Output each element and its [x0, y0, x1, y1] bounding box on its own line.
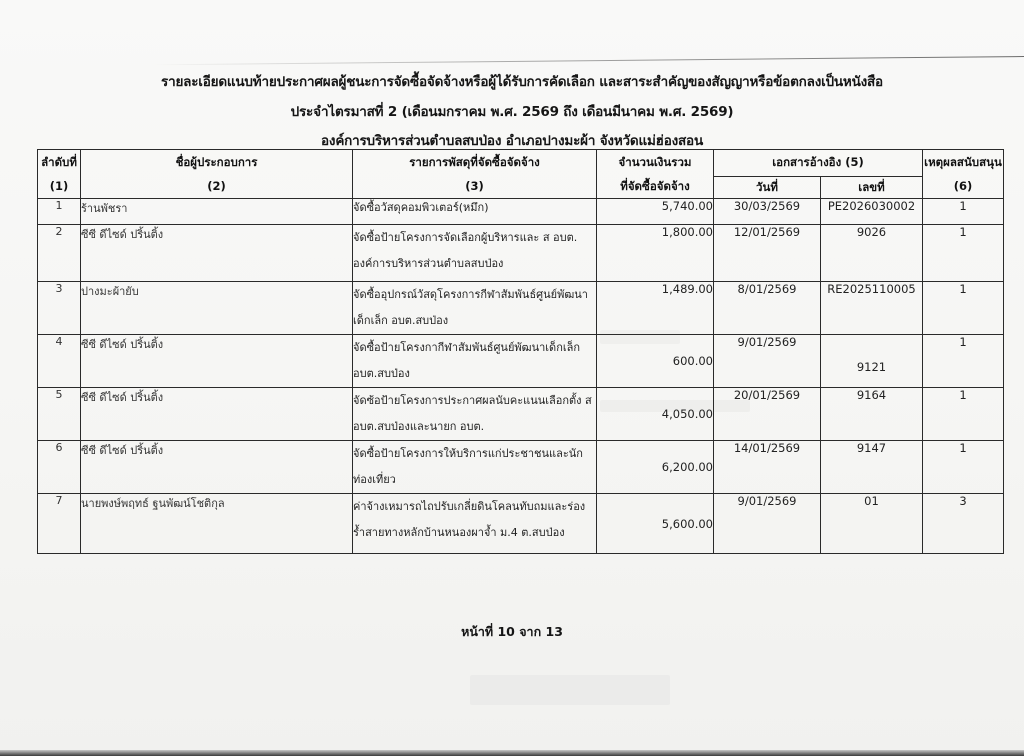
table-row: 2 ซีซี ดีไซด์ ปริ้นติ้ง จัดซื้อป้ายโครงก…	[38, 225, 1004, 282]
row-date: 9/01/2569	[714, 335, 821, 388]
row-item: จัดซ้อป้ายโครงการประกาศผลนับคะแนนเลือกตั…	[353, 388, 597, 441]
header-name: ชื่อผู้ประกอบการ (2)	[81, 150, 353, 199]
row-amount: 1,800.00	[597, 225, 714, 282]
document-organization: องค์การบริหารส่วนตำบลสบป่อง อำเภอปางมะผ้…	[0, 129, 1024, 151]
document-title: รายละเอียดแนบท้ายประกาศผลผู้ชนะการจัดซื้…	[10, 70, 1024, 92]
row-ref-number: 9164	[821, 388, 923, 441]
row-date: 20/01/2569	[714, 388, 821, 441]
header-no: ลำดับที่ (1)	[38, 150, 81, 199]
row-no: 3	[38, 282, 81, 335]
table-row: 7 นายพงษ์พฤทธ์ ฐนพัฒน์โชติกุล ค่าจ้างเหม…	[38, 494, 1004, 554]
row-vendor: ซีซี ดีไซด์ ปริ้นติ้ง	[81, 335, 353, 388]
header-reason-label: เหตุผลสนับสนุน	[923, 150, 1003, 174]
header-ref-number: เลขที่	[821, 177, 923, 199]
row-date: 14/01/2569	[714, 441, 821, 494]
row-ref-number: RE2025110005	[821, 282, 923, 335]
row-item: ค่าจ้างเหมารถไถปรับเกลี่ยดินโคลนทับถมและ…	[353, 494, 597, 554]
row-amount: 6,200.00	[597, 441, 714, 494]
header-name-label: ชื่อผู้ประกอบการ	[81, 150, 352, 174]
row-reason: 3	[923, 494, 1004, 554]
procurement-table: ลำดับที่ (1) ชื่อผู้ประกอบการ (2) รายการ…	[37, 149, 1004, 554]
header-amount: จำนวนเงินรวม ที่จัดซื้อจัดจ้าง	[597, 150, 714, 199]
header-amount-line1: จำนวนเงินรวม	[597, 150, 713, 174]
row-vendor: ซีซี ดีไซด์ ปริ้นติ้ง	[81, 388, 353, 441]
row-ref-number: 01	[821, 494, 923, 554]
row-date: 30/03/2569	[714, 199, 821, 225]
row-amount: 600.00	[597, 335, 714, 388]
row-reason: 1	[923, 335, 1004, 388]
row-vendor: ซีซี ดีไซด์ ปริ้นติ้ง	[81, 225, 353, 282]
row-reason: 1	[923, 388, 1004, 441]
table-row: 6 ซีซี ดีไซด์ ปริ้นติ้ง จัดซื้อป้ายโครงก…	[38, 441, 1004, 494]
row-amount: 5,740.00	[597, 199, 714, 225]
table-row: 4 ซีซี ดีไซด์ ปริ้นติ้ง จัดซื้อป้ายโครงก…	[38, 335, 1004, 388]
row-item: จัดซื้อวัสดุคอมพิวเตอร์(หมึก)	[353, 199, 597, 225]
row-vendor: ปางมะผ้ายับ	[81, 282, 353, 335]
row-reason: 1	[923, 282, 1004, 335]
row-item: จัดซื้ออุปกรณ์วัสดุโครงการกีฬาสัมพันธ์ศู…	[353, 282, 597, 335]
row-no: 2	[38, 225, 81, 282]
table-row: 5 ซีซี ดีไซด์ ปริ้นติ้ง จัดซ้อป้ายโครงกา…	[38, 388, 1004, 441]
header-no-num: (1)	[38, 174, 80, 198]
row-amount: 4,050.00	[597, 388, 714, 441]
row-no: 5	[38, 388, 81, 441]
header-reason: เหตุผลสนับสนุน (6)	[923, 150, 1004, 199]
row-date: 12/01/2569	[714, 225, 821, 282]
row-date: 9/01/2569	[714, 494, 821, 554]
header-amount-line2: ที่จัดซื้อจัดจ้าง	[597, 174, 713, 198]
row-item: จัดซื้อป้ายโครงการจัดเลือกผู้บริหารและ ส…	[353, 225, 597, 282]
page-indicator: หน้าที่ 10 จาก 13	[0, 622, 1024, 642]
row-vendor: ซีซี ดีไซด์ ปริ้นติ้ง	[81, 441, 353, 494]
row-amount: 5,600.00	[597, 494, 714, 554]
row-no: 1	[38, 199, 81, 225]
header-item-num: (3)	[353, 174, 596, 198]
row-reason: 1	[923, 199, 1004, 225]
table-row: 1 ร้านพัชรา จัดซื้อวัสดุคอมพิวเตอร์(หมึก…	[38, 199, 1004, 225]
row-no: 7	[38, 494, 81, 554]
header-ref-date: วันที่	[714, 177, 821, 199]
row-reason: 1	[923, 441, 1004, 494]
row-ref-number: PE2026030002	[821, 199, 923, 225]
document-period: ประจำไตรมาสที่ 2 (เดือนมกราคม พ.ศ. 2569 …	[0, 100, 1024, 122]
table-row: 3 ปางมะผ้ายับ จัดซื้ออุปกรณ์วัสดุโครงการ…	[38, 282, 1004, 335]
table-header-row: ลำดับที่ (1) ชื่อผู้ประกอบการ (2) รายการ…	[38, 150, 1004, 177]
row-vendor: นายพงษ์พฤทธ์ ฐนพัฒน์โชติกุล	[81, 494, 353, 554]
row-date: 8/01/2569	[714, 282, 821, 335]
row-no: 4	[38, 335, 81, 388]
row-vendor: ร้านพัชรา	[81, 199, 353, 225]
bleed-through-mark	[470, 675, 670, 705]
header-no-label: ลำดับที่	[38, 150, 80, 174]
row-ref-number: 9147	[821, 441, 923, 494]
row-reason: 1	[923, 225, 1004, 282]
paper-edge-line	[150, 56, 1024, 65]
header-reference: เอกสารอ้างอิง (5)	[714, 150, 923, 177]
header-reason-num: (6)	[923, 174, 1003, 198]
row-ref-number: 9121	[821, 335, 923, 388]
row-item: จัดซื้อป้ายโครงการให้บริการแก่ประชาชนและ…	[353, 441, 597, 494]
row-amount: 1,489.00	[597, 282, 714, 335]
scanned-page: รายละเอียดแนบท้ายประกาศผลผู้ชนะการจัดซื้…	[0, 0, 1024, 756]
header-item: รายการพัสดุที่จัดซื้อจัดจ้าง (3)	[353, 150, 597, 199]
row-ref-number: 9026	[821, 225, 923, 282]
row-item: จัดซื้อป้ายโครงกากีฬาสัมพันธ์ศูนย์พัฒนาเ…	[353, 335, 597, 388]
header-item-label: รายการพัสดุที่จัดซื้อจัดจ้าง	[353, 150, 596, 174]
row-no: 6	[38, 441, 81, 494]
header-name-num: (2)	[81, 174, 352, 198]
paper-bottom-edge	[0, 750, 1024, 756]
